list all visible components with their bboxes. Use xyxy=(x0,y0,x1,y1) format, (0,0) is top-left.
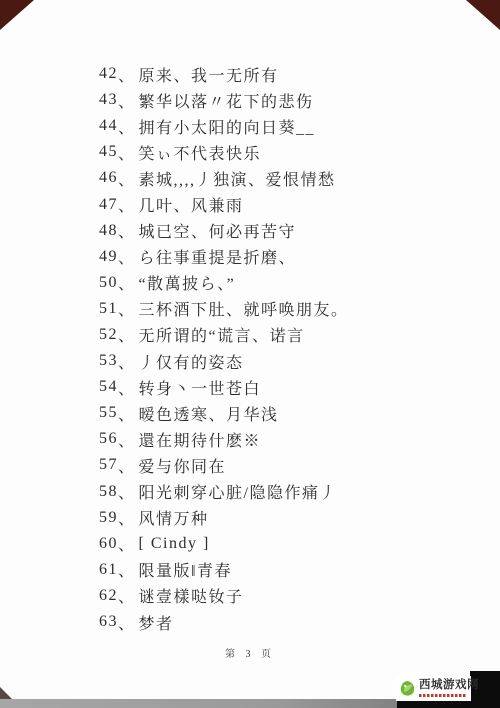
corner-decoration-top-left xyxy=(0,0,34,30)
item-separator: 、 xyxy=(118,428,136,451)
item-separator: 、 xyxy=(118,350,136,373)
item-separator: 、 xyxy=(118,376,136,399)
list-item: 60、[ Cindy ] xyxy=(99,531,349,557)
item-separator: 、 xyxy=(118,584,136,607)
item-number: 48 xyxy=(99,222,118,240)
list-item: 52、无所谓的“谎言、诺言 xyxy=(99,322,349,348)
item-text: 素城,,,,丿独演、爱恨情愁 xyxy=(139,167,336,190)
item-separator: 、 xyxy=(118,323,136,346)
item-text: 爱与你同在 xyxy=(139,454,227,477)
list-item: 54、转身丶一世苍白 xyxy=(99,374,349,400)
item-separator: 、 xyxy=(118,506,136,529)
list-item: 48、城已空、何必再苦守 xyxy=(99,218,349,244)
list-item: 58、阳光刺穿心脏/隐隐作痛丿 xyxy=(99,479,349,505)
item-separator: 、 xyxy=(118,558,136,581)
item-number: 43 xyxy=(99,91,118,109)
item-separator: 、 xyxy=(118,167,136,190)
list-item: 63、梦者 xyxy=(99,609,349,635)
item-number: 46 xyxy=(99,169,118,187)
item-number: 57 xyxy=(99,456,118,474)
list-item: 46、素城,,,,丿独演、爱恨情愁 xyxy=(99,165,349,191)
item-number: 61 xyxy=(99,561,118,579)
item-separator: 、 xyxy=(118,297,136,320)
item-separator: 、 xyxy=(118,271,136,294)
item-number: 47 xyxy=(99,196,118,214)
item-separator: 、 xyxy=(118,193,136,216)
list-item: 59、风情万种 xyxy=(99,505,349,531)
item-separator: 、 xyxy=(118,89,136,112)
item-number: 49 xyxy=(99,248,118,266)
item-separator: 、 xyxy=(118,402,136,425)
item-text: 限量版‖青春 xyxy=(139,558,233,581)
list-item: 44、拥有小太阳的向日葵__ xyxy=(99,113,349,139)
list-item: 53、丿仅有的姿态 xyxy=(99,348,349,374)
item-number: 60 xyxy=(99,535,118,553)
list-item: 49、ら往事重提是折磨、 xyxy=(99,244,349,270)
watermark: 西城游戏网 xyxy=(396,676,471,701)
watermark-site-name: 西城游戏网 xyxy=(419,680,479,692)
list-item: 45、笑ぃ不代表快乐 xyxy=(99,139,349,165)
list-item: 61、限量版‖青春 xyxy=(99,557,349,583)
list-item: 47、几叶、风兼雨 xyxy=(99,191,349,217)
item-separator: 、 xyxy=(118,532,136,555)
item-separator: 、 xyxy=(118,480,136,503)
item-number: 44 xyxy=(99,117,118,135)
item-text: 转身丶一世苍白 xyxy=(139,376,262,399)
item-separator: 、 xyxy=(118,115,136,138)
item-text: 暧色透寒、月华浅 xyxy=(139,402,279,425)
item-text: [ Cindy ] xyxy=(139,535,210,553)
item-text: 梦者 xyxy=(139,611,174,634)
item-separator: 、 xyxy=(118,611,136,634)
item-text: 笑ぃ不代表快乐 xyxy=(139,141,262,164)
nickname-list: 42、原来、我一无所有 43、繁华以落〃花下的悲伤 44、拥有小太阳的向日葵__… xyxy=(99,61,349,635)
item-number: 56 xyxy=(99,430,118,448)
item-number: 55 xyxy=(99,404,118,422)
watermark-tagline xyxy=(419,694,467,697)
item-separator: 、 xyxy=(118,454,136,477)
item-text: 三杯酒下肚、就呼唤朋友。 xyxy=(139,297,349,320)
item-number: 59 xyxy=(99,509,118,527)
list-item: 43、繁华以落〃花下的悲伤 xyxy=(99,87,349,113)
item-text: 谜壹樣哒钕子 xyxy=(139,584,244,607)
leaf-icon xyxy=(399,680,416,697)
item-number: 51 xyxy=(99,300,118,318)
item-text: 丿仅有的姿态 xyxy=(139,350,244,373)
list-item: 62、谜壹樣哒钕子 xyxy=(99,583,349,609)
list-item: 57、爱与你同在 xyxy=(99,452,349,478)
item-text: 還在期待什麽※ xyxy=(139,428,262,451)
bottom-black-strip xyxy=(397,700,500,708)
item-text: 繁华以落〃花下的悲伤 xyxy=(139,89,314,112)
document-page: 42、原来、我一无所有 43、繁华以落〃花下的悲伤 44、拥有小太阳的向日葵__… xyxy=(0,0,500,708)
item-text: 拥有小太阳的向日葵__ xyxy=(139,115,316,138)
item-number: 50 xyxy=(99,274,118,292)
item-separator: 、 xyxy=(118,141,136,164)
item-number: 45 xyxy=(99,143,118,161)
item-separator: 、 xyxy=(118,245,136,268)
item-text: “散萬披ら、” xyxy=(139,271,236,294)
item-text: 原来、我一无所有 xyxy=(139,63,279,86)
item-number: 42 xyxy=(99,65,118,83)
item-number: 53 xyxy=(99,352,118,370)
item-text: 几叶、风兼雨 xyxy=(139,193,244,216)
list-item: 42、原来、我一无所有 xyxy=(99,61,349,87)
corner-decoration-top-right xyxy=(466,0,500,30)
item-text: 城已空、何必再苦守 xyxy=(139,219,297,242)
list-item: 55、暧色透寒、月华浅 xyxy=(99,400,349,426)
item-separator: 、 xyxy=(118,219,136,242)
item-text: 阳光刺穿心脏/隐隐作痛丿 xyxy=(139,480,337,503)
item-number: 54 xyxy=(99,378,118,396)
item-number: 62 xyxy=(99,587,118,605)
list-item: 56、還在期待什麽※ xyxy=(99,426,349,452)
item-number: 58 xyxy=(99,483,118,501)
item-text: ら往事重提是折磨、 xyxy=(139,245,297,268)
item-text: 风情万种 xyxy=(139,506,209,529)
item-text: 无所谓的“谎言、诺言 xyxy=(139,323,305,346)
item-number: 63 xyxy=(99,613,118,631)
item-number: 52 xyxy=(99,326,118,344)
page-number: 第 3 页 xyxy=(0,645,500,660)
item-separator: 、 xyxy=(118,63,136,86)
list-item: 50、“散萬披ら、” xyxy=(99,270,349,296)
list-item: 51、三杯酒下肚、就呼唤朋友。 xyxy=(99,296,349,322)
